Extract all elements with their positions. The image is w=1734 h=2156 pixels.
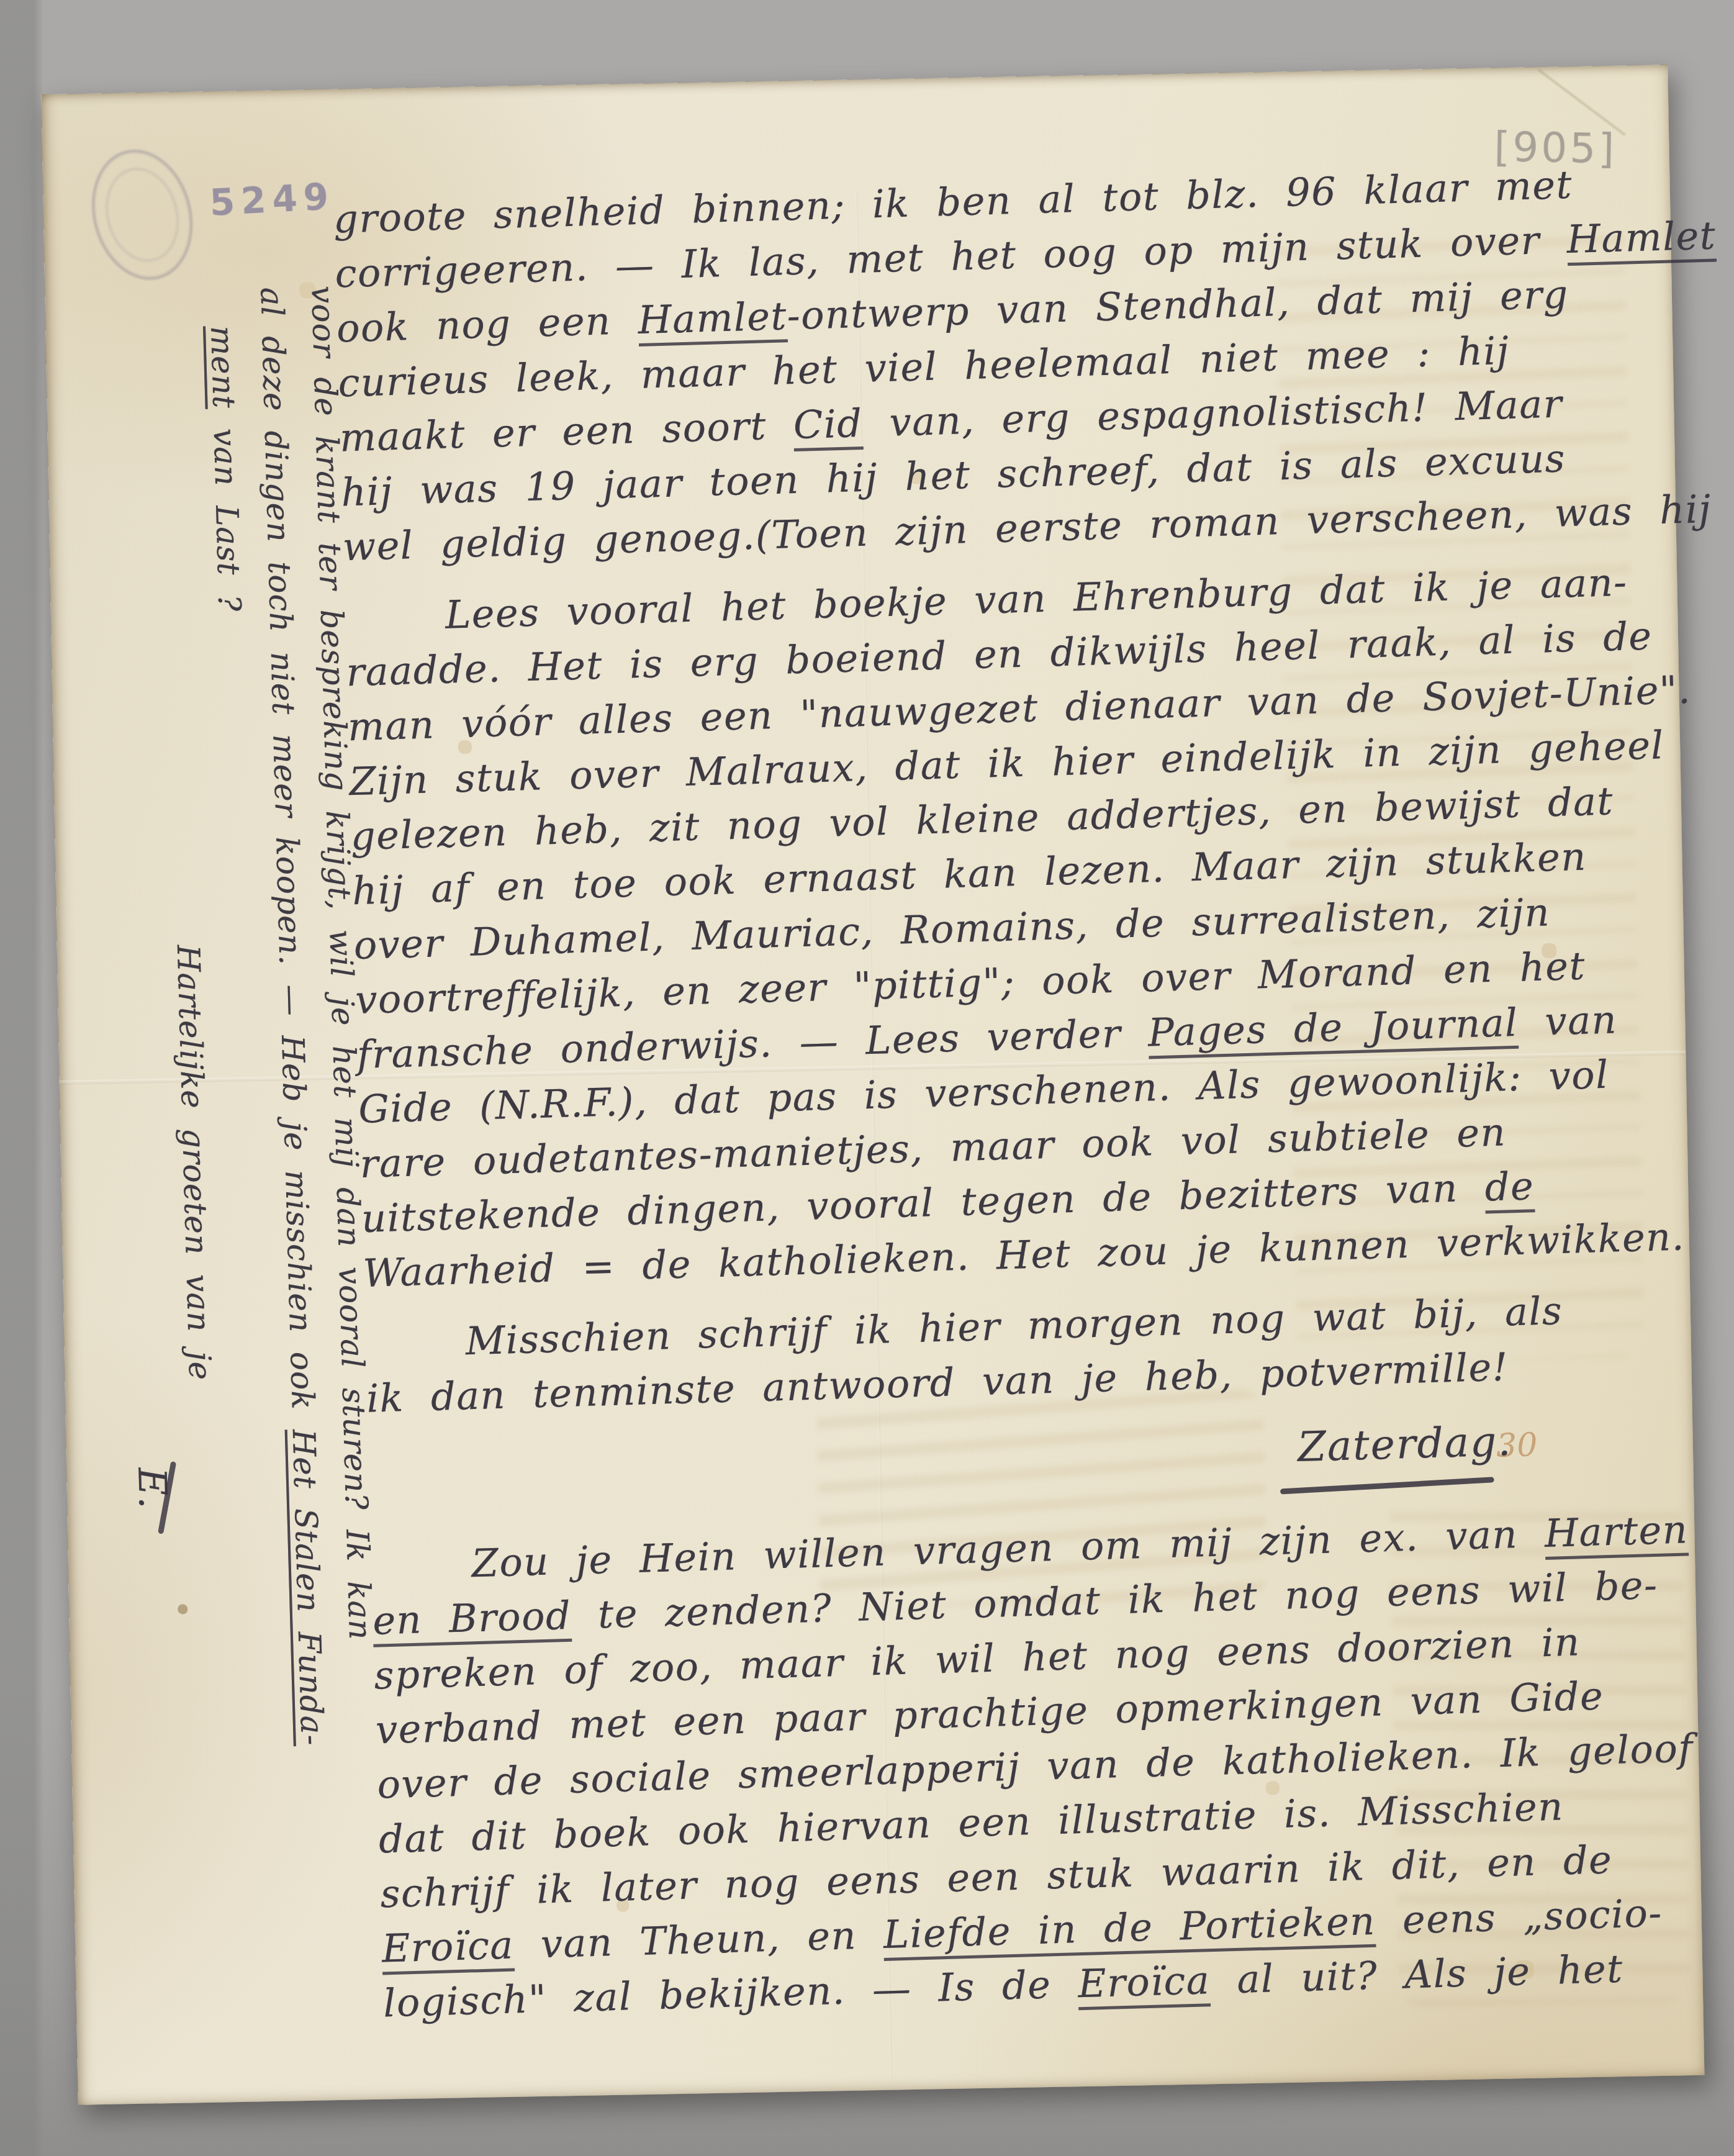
underlined-text: Eroïca: [381, 1923, 515, 1975]
text: Hartelijke groeten van je: [170, 944, 219, 1381]
letter-page: 5249 [905] voor de krant ter bespreking …: [42, 65, 1705, 2104]
main-text-block-1: groote snelheid binnen; ik ben al tot bl…: [333, 151, 1734, 1426]
scanned-letter-screenshot: { "page": { "backdrop_color": "#aaa9a7",…: [0, 0, 1734, 2156]
main-text-block-2: Zou je Hein willen vragen om mij zijn ex…: [371, 1502, 1701, 2031]
date-heading-underline: [1280, 1477, 1494, 1494]
text: eens „socio-: [1375, 1890, 1663, 1944]
underlined-text: ment: [204, 325, 242, 410]
underlined-text: Cid: [793, 401, 864, 451]
underlined-text: Het Stalen Funda-: [286, 1428, 330, 1746]
text: al uit? Als je het: [1209, 1946, 1623, 2003]
underlined-text: Harten: [1544, 1506, 1689, 1559]
handwriting-layer: voor de krant ter bespreking krijgt, wil…: [40, 53, 1722, 2108]
text: van Last ?: [206, 409, 248, 612]
date-heading-group: Zaterdag. 30: [1297, 1417, 1512, 1471]
text: ook nog een: [336, 297, 638, 351]
underlined-text: Hamlet: [1566, 212, 1717, 266]
date-heading: Zaterdag.: [1297, 1417, 1512, 1471]
text: van Theun, en: [513, 1912, 884, 1968]
text: van: [1517, 997, 1618, 1044]
underlined-text: Eroïca: [1078, 1957, 1211, 2010]
underlined-text: de: [1484, 1163, 1535, 1213]
text: maakt er een soort: [339, 402, 794, 460]
pencil-number-note: 30: [1496, 1426, 1538, 1465]
underlined-text: en Brood: [372, 1593, 572, 1647]
underlined-text: Pages de Journal: [1147, 1000, 1519, 1059]
underlined-text: Hamlet: [638, 293, 788, 346]
